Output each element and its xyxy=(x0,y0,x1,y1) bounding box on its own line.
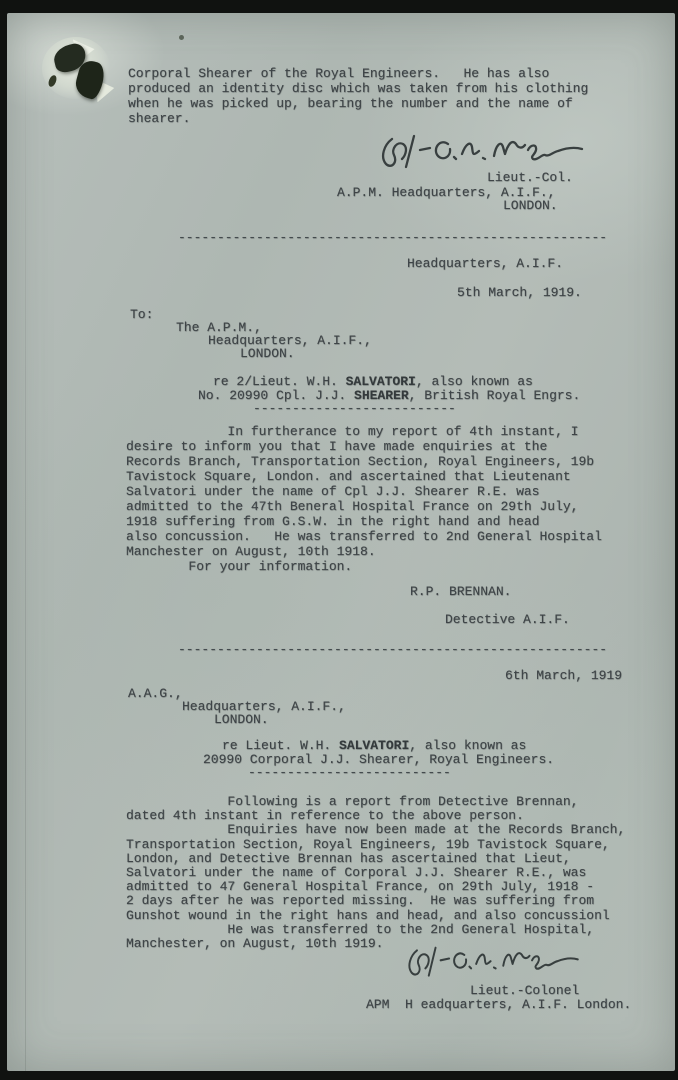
letter3-subject-line1: re Lieut. W.H. SALVATORI, also known as xyxy=(222,738,526,753)
subject-suffix: , also known as xyxy=(409,738,526,753)
torn-punch-holes xyxy=(40,33,122,105)
scanned-letter-page: Corporal Shearer of the Royal Engineers.… xyxy=(0,0,678,1080)
letter2-addressee-city: LONDON. xyxy=(240,346,295,361)
subject-name-salvatori: SALVATORI xyxy=(346,374,416,389)
paper-speck xyxy=(179,35,184,40)
letter1-rank: Lieut.-Col. xyxy=(487,170,573,185)
subject-prefix: re 2/Lieut. W.H. xyxy=(213,374,346,389)
subject-name-salvatori: SALVATORI xyxy=(339,738,409,753)
separator-line: ----------------------------------------… xyxy=(178,642,607,657)
letter3-rank: Lieut.-Colonel xyxy=(470,983,579,998)
letter1-city: LONDON. xyxy=(503,198,558,213)
signature-cv-watson-icon xyxy=(400,945,582,981)
letter2-org: Headquarters, A.I.F. xyxy=(407,256,563,271)
letter2-subject-line1: re 2/Lieut. W.H. SALVATORI, also known a… xyxy=(213,374,533,389)
letter2-to-label: To: xyxy=(130,307,153,322)
letter3-addressee-city: LONDON. xyxy=(214,712,269,727)
letter2-body: In furtherance to my report of 4th insta… xyxy=(126,424,602,574)
subject-underline: -------------------------- xyxy=(253,401,456,416)
subject-underline: -------------------------- xyxy=(248,765,451,780)
signature-cv-watson-icon xyxy=(372,133,587,173)
letter3-date: 6th March, 1919 xyxy=(505,668,622,683)
letter3-office: APM H eadquarters, A.I.F. London. xyxy=(366,997,631,1012)
letter3-addressee: A.A.G., xyxy=(128,686,183,701)
letter2-signatory-title: Detective A.I.F. xyxy=(445,612,570,627)
letter3-body: Following is a report from Detective Bre… xyxy=(126,795,625,951)
separator-line: ----------------------------------------… xyxy=(178,230,607,245)
subject-suffix: , also known as xyxy=(416,374,533,389)
subject-prefix: re Lieut. W.H. xyxy=(222,738,339,753)
paper-fold-line xyxy=(25,13,26,1071)
letter2-signatory: R.P. BRENNAN. xyxy=(410,584,511,599)
letter1-body: Corporal Shearer of the Royal Engineers.… xyxy=(128,66,588,126)
letter2-date: 5th March, 1919. xyxy=(457,285,582,300)
